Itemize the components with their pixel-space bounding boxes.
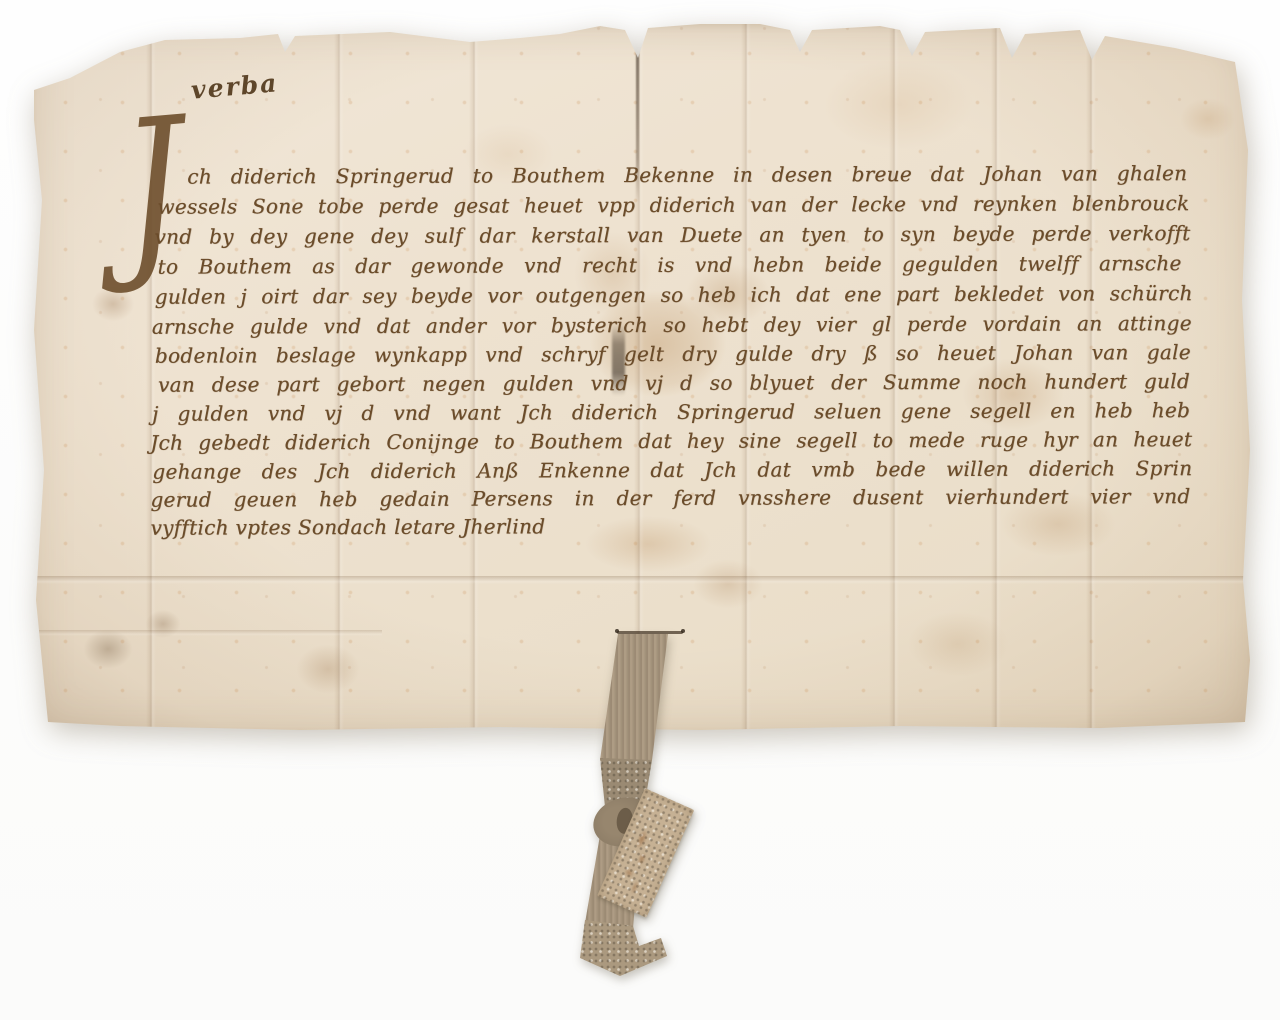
manuscript-photo: verba J ch diderich Springerud to Bouthe…	[0, 0, 1280, 1020]
text-line: gulden j oirt dar sey beyde vor outgenge…	[155, 281, 1193, 315]
seal-tail-upper-strip	[575, 628, 685, 768]
text-line: to Bouthem as dar gewonde vnd recht is v…	[158, 251, 1182, 285]
text-line: ch diderich Springerud to Bouthem Bekenn…	[187, 161, 1187, 194]
text-line: gerud geuen heb gedain Persens in der fe…	[150, 484, 1190, 518]
text-line: vyfftich vptes Sondach letare Jherlind	[150, 514, 590, 546]
text-line: wessels Sone tobe perde gesat heuet vpp …	[157, 191, 1189, 225]
text-line: vnd by dey gene dey sulf dar kerstall va…	[154, 221, 1190, 255]
seal-tail	[575, 628, 755, 988]
